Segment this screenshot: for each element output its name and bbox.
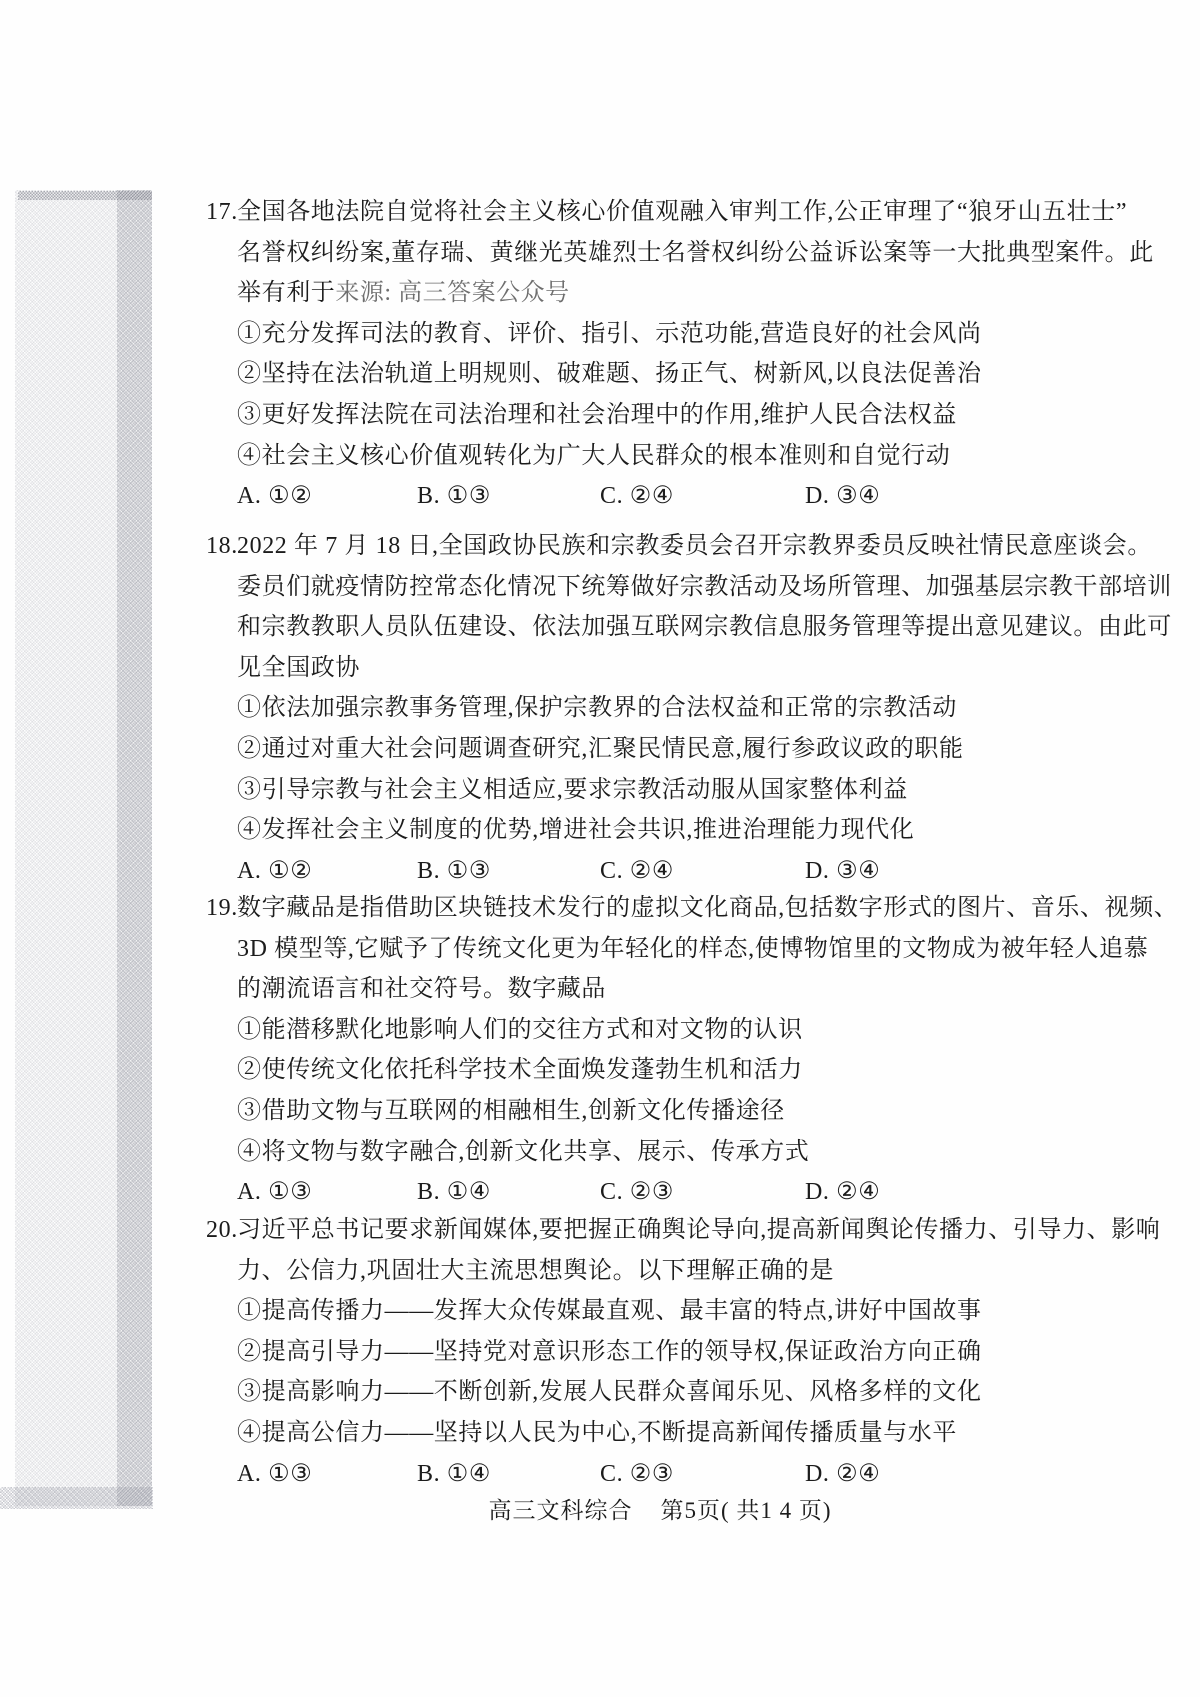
question-stem-line: 18. 2022 年 7 月 18 日,全国政协民族和宗教委员会召开宗教界委员反… (237, 526, 1052, 567)
option-line: ①提高传播力——发挥大众传媒最直观、最丰富的特点,讲好中国故事 (237, 1291, 1052, 1332)
answer-choice-d: D. ③④ (805, 476, 880, 517)
question-19: 19. 数字藏品是指借助区块链技术发行的虚拟文化商品,包括数字形式的图片、音乐、… (237, 888, 1052, 1213)
option-line: ①能潜移默化地影响人们的交往方式和对文物的认识 (237, 1010, 1052, 1051)
answer-choice-a: A. ①③ (237, 1454, 312, 1495)
option-line: ②坚持在法治轨道上明规则、破难题、扬正气、树新风,以良法促善治 (237, 354, 1052, 395)
option-line: ②使传统文化依托科学技术全面焕发蓬勃生机和活力 (237, 1050, 1052, 1091)
answer-choice-a: A. ①② (237, 851, 312, 892)
question-stem-line: 见全国政协 (237, 648, 1052, 689)
question-stem-line: 20. 习近平总书记要求新闻媒体,要把握正确舆论导向,提高新闻舆论传播力、引导力… (237, 1210, 1052, 1251)
footer-course-title: 高三文科综合 (488, 1498, 632, 1523)
option-line: ②通过对重大社会问题调查研究,汇聚民情民意,履行参政议政的职能 (237, 729, 1052, 770)
stem-text: 3D 模型等,它赋予了传统文化更为年轻化的样态,使博物馆里的文物成为被年轻人追慕 (237, 936, 1148, 962)
option-line: ③更好发挥法院在司法治理和社会治理中的作用,维护人民合法权益 (237, 395, 1052, 436)
answer-choice-d: D. ②④ (805, 1172, 880, 1213)
question-20: 20. 习近平总书记要求新闻媒体,要把握正确舆论导向,提高新闻舆论传播力、引导力… (237, 1210, 1052, 1494)
answer-choice-a: A. ①③ (237, 1172, 312, 1213)
answer-choice-c: C. ②④ (600, 476, 674, 517)
option-line: ①充分发挥司法的教育、评价、指引、示范功能,营造良好的社会风尚 (237, 314, 1052, 355)
stem-text: 举有利于 (237, 280, 335, 306)
answer-choice-b: B. ①④ (417, 1454, 491, 1495)
option-line: ③提高影响力——不断创新,发展人民群众喜闻乐见、风格多样的文化 (237, 1372, 1052, 1413)
stem-text: 委员们就疫情防控常态化情况下统筹做好宗教活动及场所管理、加强基层宗教干部培训 (237, 574, 1172, 600)
answer-source-watermark: 来源: 高三答案公众号 (335, 280, 569, 306)
answer-choice-b: B. ①③ (417, 476, 491, 517)
option-line: ③借助文物与互联网的相融相生,创新文化传播途径 (237, 1091, 1052, 1132)
question-stem-line: 名誉权纠纷案,董存瑞、黄继光英雄烈士名誉权纠纷公益诉讼案等一大批典型案件。此 (237, 233, 1052, 274)
option-line: ④社会主义核心价值观转化为广大人民群众的根本准则和自觉行动 (237, 436, 1052, 477)
question-stem-line: 举有利于来源: 高三答案公众号 (237, 273, 1052, 314)
question-stem-line: 的潮流语言和社交符号。数字藏品 (237, 969, 1052, 1010)
answer-choice-c: C. ②④ (600, 851, 674, 892)
question-number: 20. (206, 1210, 238, 1251)
answer-choice-b: B. ①④ (417, 1172, 491, 1213)
question-number: 18. (206, 526, 238, 567)
stem-text: 名誉权纠纷案,董存瑞、黄继光英雄烈士名誉权纠纷公益诉讼案等一大批典型案件。此 (237, 240, 1154, 266)
stem-text: 力、公信力,巩固壮大主流思想舆论。以下理解正确的是 (237, 1258, 834, 1284)
answer-choice-d: D. ③④ (805, 851, 880, 892)
answer-choice-a: A. ①② (237, 476, 312, 517)
question-stem-line: 3D 模型等,它赋予了传统文化更为年轻化的样态,使博物馆里的文物成为被年轻人追慕 (237, 929, 1052, 970)
question-18: 18. 2022 年 7 月 18 日,全国政协民族和宗教委员会召开宗教界委员反… (237, 526, 1052, 891)
question-17: 17. 全国各地法院自觉将社会主义核心价值观融入审判工作,公正审理了“狼牙山五壮… (237, 192, 1052, 517)
question-stem-line: 委员们就疫情防控常态化情况下统筹做好宗教活动及场所管理、加强基层宗教干部培训 (237, 567, 1052, 608)
option-line: ①依法加强宗教事务管理,保护宗教界的合法权益和正常的宗教活动 (237, 688, 1052, 729)
stem-text: 2022 年 7 月 18 日,全国政协民族和宗教委员会召开宗教界委员反映社情民… (237, 533, 1152, 559)
scan-noise-band-bottom (0, 1487, 153, 1509)
question-stem-line: 17. 全国各地法院自觉将社会主义核心价值观融入审判工作,公正审理了“狼牙山五壮… (237, 192, 1052, 233)
answer-choices-row: A. ①② B. ①③ C. ②④ D. ③④ (237, 476, 1052, 517)
stem-text: 习近平总书记要求新闻媒体,要把握正确舆论导向,提高新闻舆论传播力、引导力、影响 (237, 1217, 1160, 1243)
question-stem-line: 19. 数字藏品是指借助区块链技术发行的虚拟文化商品,包括数字形式的图片、音乐、… (237, 888, 1052, 929)
answer-choices-row: A. ①③ B. ①④ C. ②③ D. ②④ (237, 1172, 1052, 1213)
question-number: 19. (206, 888, 238, 929)
question-stem-line: 和宗教教职人员队伍建设、依法加强互联网宗教信息服务管理等提出意见建议。由此可 (237, 607, 1052, 648)
answer-choice-c: C. ②③ (600, 1172, 674, 1213)
option-line: ④将文物与数字融合,创新文化共享、展示、传承方式 (237, 1132, 1052, 1173)
scan-noise-band-top (18, 191, 152, 200)
answer-choices-row: A. ①③ B. ①④ C. ②③ D. ②④ (237, 1454, 1052, 1495)
scanned-exam-page: 17. 全国各地法院自觉将社会主义核心价值观融入审判工作,公正审理了“狼牙山五壮… (0, 0, 1200, 1697)
stem-text: 数字藏品是指借助区块链技术发行的虚拟文化商品,包括数字形式的图片、音乐、视频、 (237, 895, 1178, 921)
option-line: ②提高引导力——坚持党对意识形态工作的领导权,保证政治方向正确 (237, 1332, 1052, 1373)
answer-choice-b: B. ①③ (417, 851, 491, 892)
question-number: 17. (206, 192, 238, 233)
answer-choices-row: A. ①② B. ①③ C. ②④ D. ③④ (237, 851, 1052, 892)
stem-text: 的潮流语言和社交符号。数字藏品 (237, 976, 606, 1002)
page-footer: 高三文科综合第5页( 共1 4 页) (210, 1492, 1110, 1530)
answer-choice-c: C. ②③ (600, 1454, 674, 1495)
stem-text: 见全国政协 (237, 655, 360, 681)
question-stem-line: 力、公信力,巩固壮大主流思想舆论。以下理解正确的是 (237, 1251, 1052, 1292)
stem-text: 全国各地法院自觉将社会主义核心价值观融入审判工作,公正审理了“狼牙山五壮士” (237, 199, 1127, 225)
stem-text: 和宗教教职人员队伍建设、依法加强互联网宗教信息服务管理等提出意见建议。由此可 (237, 614, 1172, 640)
option-line: ④发挥社会主义制度的优势,增进社会共识,推进治理能力现代化 (237, 810, 1052, 851)
option-line: ④提高公信力——坚持以人民为中心,不断提高新闻传播质量与水平 (237, 1413, 1052, 1454)
scan-noise-band-edge (117, 190, 152, 1506)
option-line: ③引导宗教与社会主义相适应,要求宗教活动服从国家整体利益 (237, 770, 1052, 811)
footer-page-number: 第5页( 共1 4 页) (660, 1498, 831, 1523)
answer-choice-d: D. ②④ (805, 1454, 880, 1495)
